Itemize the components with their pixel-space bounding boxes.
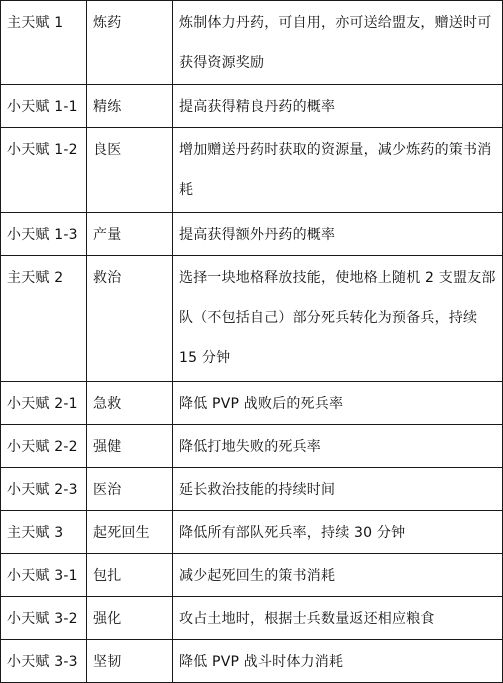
- talent-description: 炼制体力丹药，可自用，亦可送给盟友，赠送时可获得资源奖励: [173, 1, 503, 85]
- table-row: 小天赋 2-2 强健 降低打地失败的死兵率: [1, 425, 503, 468]
- talent-table: 主天赋 1 炼药 炼制体力丹药，可自用，亦可送给盟友，赠送时可获得资源奖励 小天…: [0, 0, 503, 680]
- table-row: 小天赋 1-3 产量 提高获得额外丹药的概率: [1, 213, 503, 256]
- talent-level: 小天赋 2-1: [1, 382, 87, 425]
- table-row: 主天赋 1 炼药 炼制体力丹药，可自用，亦可送给盟友，赠送时可获得资源奖励: [1, 1, 503, 85]
- table-row: 小天赋 3-1 包扎 减少起死回生的策书消耗: [1, 554, 503, 597]
- talent-description: 降低所有部队死兵率，持续 30 分钟: [173, 511, 503, 554]
- table-row: 小天赋 2-3 医治 延长救治技能的持续时间: [1, 468, 503, 511]
- talent-name: 产量: [87, 213, 173, 256]
- talent-name: 医治: [87, 468, 173, 511]
- talent-description: 降低 PVP 战败后的死兵率: [173, 382, 503, 425]
- table-row: 小天赋 1-1 精练 提高获得精良丹药的概率: [1, 85, 503, 128]
- talent-description: 延长救治技能的持续时间: [173, 468, 503, 511]
- talent-name: 起死回生: [87, 511, 173, 554]
- talent-name: 强化: [87, 597, 173, 640]
- talent-description: 降低 PVP 战斗时体力消耗: [173, 640, 503, 681]
- talent-description: 增加赠送丹药时获取的资源量，减少炼药的策书消耗: [173, 128, 503, 213]
- talent-description: 提高获得额外丹药的概率: [173, 213, 503, 256]
- table-row: 小天赋 3-2 强化 攻占土地时，根据士兵数量返还相应粮食: [1, 597, 503, 640]
- table-row: 主天赋 2 救治 选择一块地格释放技能，使地格上随机 2 支盟友部队（不包括自己…: [1, 256, 503, 382]
- table-row: 小天赋 1-2 良医 增加赠送丹药时获取的资源量，减少炼药的策书消耗: [1, 128, 503, 213]
- talent-level: 小天赋 2-2: [1, 425, 87, 468]
- talent-description: 降低打地失败的死兵率: [173, 425, 503, 468]
- talent-name: 良医: [87, 128, 173, 213]
- talent-description: 攻占土地时，根据士兵数量返还相应粮食: [173, 597, 503, 640]
- talent-name: 炼药: [87, 1, 173, 85]
- talent-description: 提高获得精良丹药的概率: [173, 85, 503, 128]
- talent-level: 小天赋 2-3: [1, 468, 87, 511]
- talent-name: 急救: [87, 382, 173, 425]
- talent-name: 坚韧: [87, 640, 173, 681]
- talent-name: 强健: [87, 425, 173, 468]
- talent-level: 主天赋 2: [1, 256, 87, 382]
- talent-level: 小天赋 1-1: [1, 85, 87, 128]
- talent-level: 小天赋 1-3: [1, 213, 87, 256]
- talent-level: 主天赋 1: [1, 1, 87, 85]
- talent-name: 包扎: [87, 554, 173, 597]
- talent-name: 救治: [87, 256, 173, 382]
- talent-description: 减少起死回生的策书消耗: [173, 554, 503, 597]
- talent-level: 小天赋 3-2: [1, 597, 87, 640]
- talent-level: 小天赋 3-1: [1, 554, 87, 597]
- talent-level: 小天赋 1-2: [1, 128, 87, 213]
- table-row: 主天赋 3 起死回生 降低所有部队死兵率，持续 30 分钟: [1, 511, 503, 554]
- talent-description: 选择一块地格释放技能，使地格上随机 2 支盟友部队（不包括自己）部分死兵转化为预…: [173, 256, 503, 382]
- talent-name: 精练: [87, 85, 173, 128]
- table-row: 小天赋 3-3 坚韧 降低 PVP 战斗时体力消耗: [1, 640, 503, 681]
- talent-level: 小天赋 3-3: [1, 640, 87, 681]
- table-row: 小天赋 2-1 急救 降低 PVP 战败后的死兵率: [1, 382, 503, 425]
- talent-level: 主天赋 3: [1, 511, 87, 554]
